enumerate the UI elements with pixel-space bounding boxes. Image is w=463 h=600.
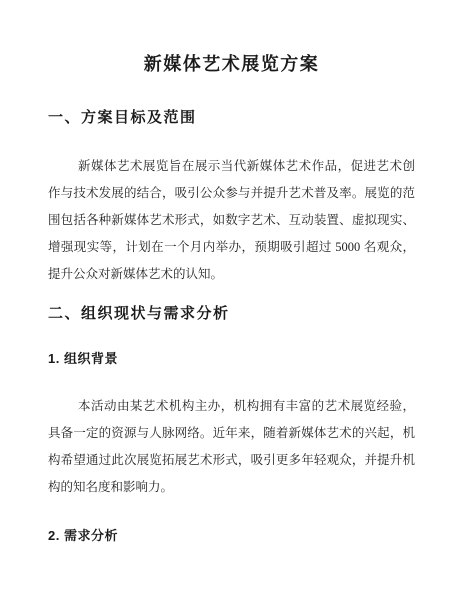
section-heading-goals-scope: 一、方案目标及范围	[48, 108, 415, 128]
subsection-heading-org-background: 1. 组织背景	[48, 350, 415, 367]
paragraph-goals-scope: 新媒体艺术展览旨在展示当代新媒体艺术作品，促进艺术创作与技术发展的结合，吸引公众…	[48, 153, 415, 288]
subsection-heading-needs-analysis: 2. 需求分析	[48, 527, 415, 544]
section-heading-status-needs: 二、组织现状与需求分析	[48, 304, 415, 324]
paragraph-org-background: 本活动由某艺术机构主办，机构拥有丰富的艺术展览经验，具备一定的资源与人脉网络。近…	[48, 393, 415, 501]
document-title: 新媒体艺术展览方案	[48, 53, 415, 75]
document-page: 新媒体艺术展览方案 一、方案目标及范围 新媒体艺术展览旨在展示当代新媒体艺术作品…	[0, 0, 463, 600]
